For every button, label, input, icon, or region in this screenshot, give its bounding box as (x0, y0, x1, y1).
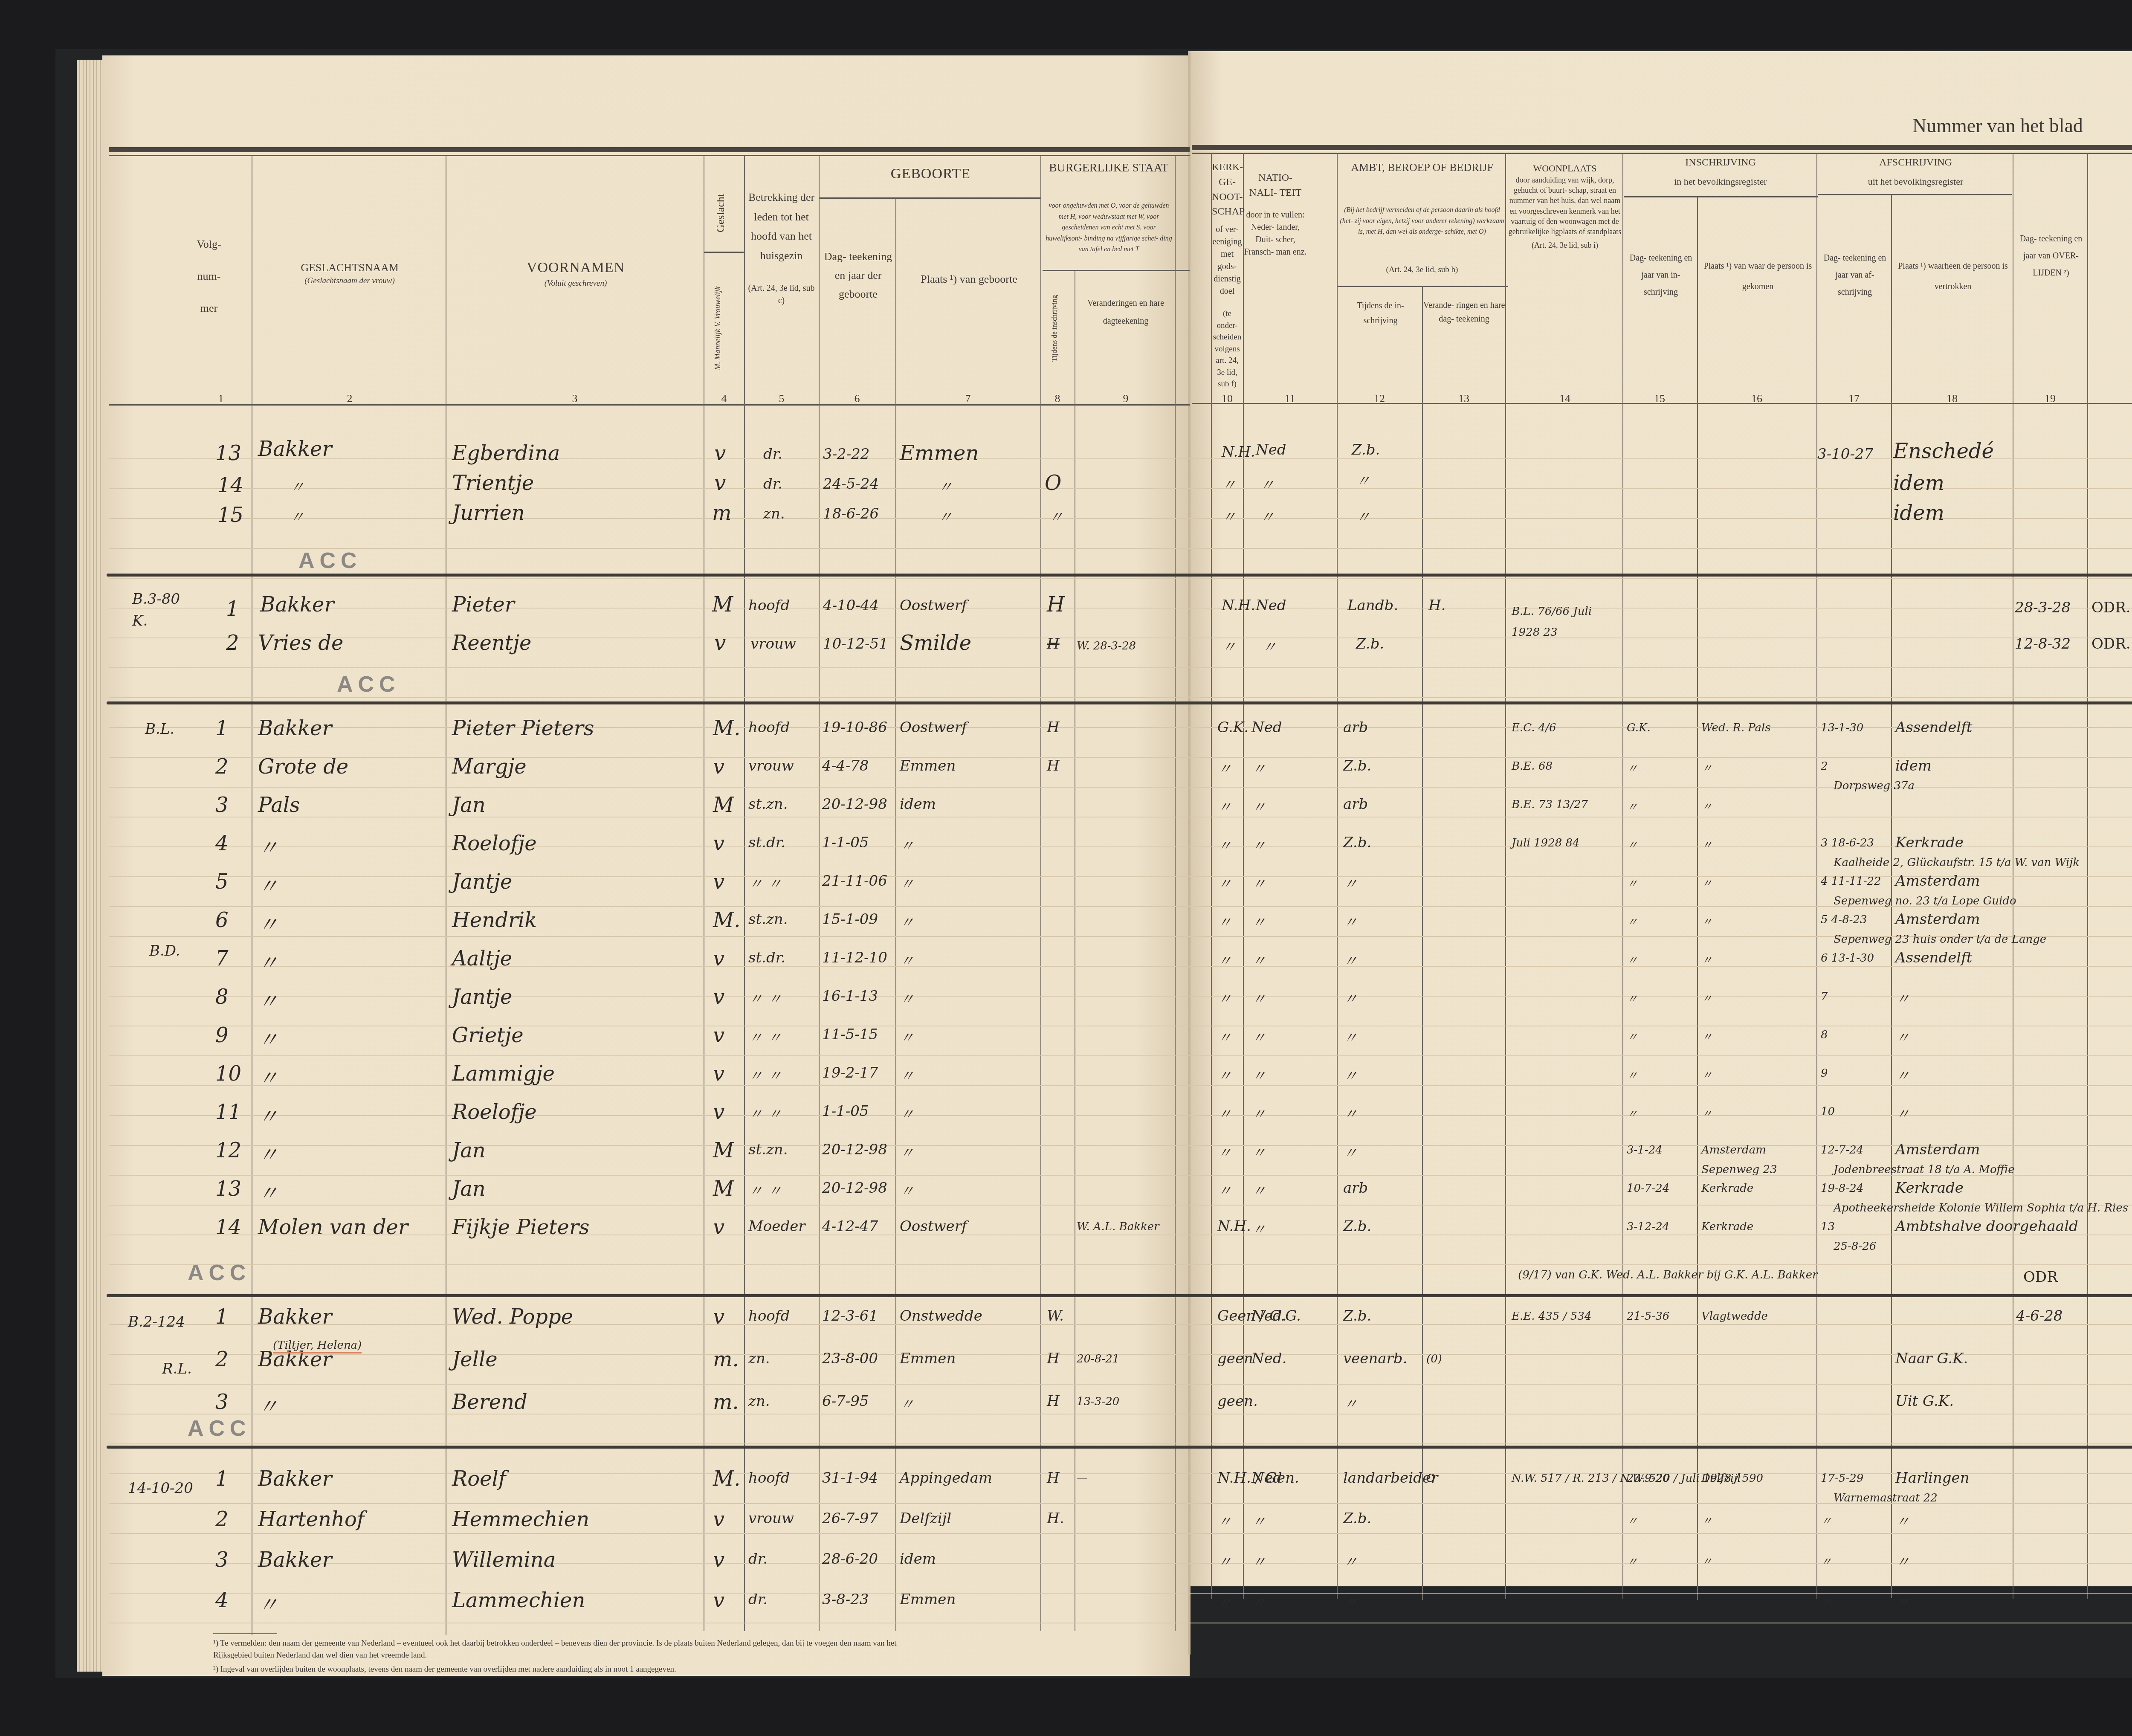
ruled-line (109, 1354, 2132, 1355)
departure-place: Ambtshalve doorgehaald (1895, 1218, 2078, 1235)
left-page (102, 55, 1190, 1676)
nationality: 〃 (1251, 1141, 1266, 1162)
birth-place: Emmen (900, 757, 956, 774)
header-woonplaats: WOONPLAATS door aanduiding van wijk, dor… (1507, 162, 1622, 251)
household-separator (107, 1446, 2132, 1449)
departure-place: Harlingen (1895, 1469, 1970, 1487)
arrival-date: 〃 (1627, 1067, 1638, 1083)
column-number: 4 (711, 392, 737, 405)
nationality: 〃 (1251, 872, 1266, 893)
birth-place: 〃 (900, 1026, 914, 1047)
birth-place: Oostwerf (900, 597, 967, 614)
arrival-date: 21-5-36 (1627, 1310, 1669, 1323)
ruled-line (109, 906, 2132, 907)
relation: zn. (748, 1393, 770, 1410)
margin-annotation: B.2-124 (128, 1313, 185, 1330)
occupation: 〃 (1343, 1141, 1358, 1162)
header-burg-veranderingen: Veranderingen en hare dagteekening (1077, 294, 1175, 330)
header-burg-staat-sub: voor ongehuwden met O, voor de gehuwden … (1044, 200, 1174, 255)
birth-place: 〃 (900, 834, 914, 855)
arrival-date: 〃 (1627, 837, 1638, 852)
departure-date: 19-8-24 (1821, 1182, 1863, 1195)
arrival-place: Kerkrade (1701, 1220, 1753, 1233)
occupation: 〃 (1356, 469, 1370, 490)
header-aanmerkingen: AAN- MERKINGEN (Art. 24, 5e lid) (2089, 239, 2132, 275)
column-number: 14 (1552, 392, 1578, 405)
occupation: 〃 (1343, 949, 1358, 970)
surname: Bakker (260, 593, 334, 617)
death-place: ODR. (2091, 635, 2131, 652)
arrival-date: 〃 (1627, 1105, 1638, 1121)
nationality: 〃 (1260, 505, 1275, 526)
church: 〃 (1217, 757, 1232, 778)
column-number: 6 (844, 392, 870, 405)
departure-date: 6 13-1-30 (1821, 952, 1874, 965)
household-separator (107, 1294, 2132, 1297)
row-number: 7 (215, 947, 229, 971)
birth-date: 4-10-44 (823, 597, 879, 614)
sex: v (713, 832, 724, 855)
relation: hoofd (748, 719, 790, 736)
ruled-line (109, 1205, 2132, 1206)
church: 〃 (1217, 1141, 1232, 1162)
col-line (744, 156, 745, 1631)
church: geen (1217, 1350, 1253, 1367)
ruled-line (109, 1324, 2132, 1325)
header-voornamen: VOORNAMEN (Voluit geschreven) (448, 258, 704, 289)
birth-place: Oostwerf (900, 719, 967, 736)
ruled-line (109, 817, 2132, 817)
relation: st.dr. (748, 949, 785, 966)
sex: M (713, 793, 734, 817)
address: B.E. 68 (1512, 760, 1553, 773)
departure-date: 〃 (1821, 1594, 1832, 1609)
birth-date: 16-1-13 (822, 988, 878, 1005)
death-date: 4-6-28 (2016, 1307, 2063, 1324)
given-names: Willemina (452, 1548, 556, 1572)
birth-date: 6-7-95 (822, 1393, 869, 1410)
arrival-address-note: Sepenweg 23 (1701, 1163, 1777, 1176)
header-nationaliteit: NATIO- NALI- TEIT door in te vullen: Ned… (1244, 171, 1337, 258)
row-number: 3 (215, 1548, 229, 1572)
occupation: 〃 (1356, 505, 1370, 526)
sex: v (713, 1548, 724, 1572)
surname: 〃 (258, 832, 278, 861)
arrival-date: 〃 (1627, 990, 1638, 1006)
church: 〃 (1217, 949, 1232, 970)
birth-date: 20-12-98 (822, 1180, 887, 1197)
departure-address-note: Warnemastraat 22 (1834, 1492, 1938, 1504)
occupation: Z.b. (1343, 1510, 1371, 1527)
birth-date: 20-12-98 (822, 1141, 887, 1158)
given-names: Jurrien (452, 501, 525, 525)
nationality: Ned (1251, 719, 1282, 736)
col-line (1040, 156, 1041, 1631)
header-afschrijving-plaats: Plaats ¹) waarheen de persoon is vertrok… (1893, 256, 2013, 297)
nationality: 〃 (1251, 1551, 1266, 1571)
ruled-line (109, 1085, 2132, 1086)
relation: dr. (748, 1591, 768, 1608)
arrival-place: 〃 (1701, 990, 1712, 1006)
sex: M (713, 1139, 734, 1162)
church: geen. (1217, 1393, 1258, 1410)
row-number: 9 (215, 1023, 229, 1047)
church: 〃 (1217, 1064, 1232, 1085)
surname: Hartenhof (258, 1507, 365, 1531)
departure-date: 12-7-24 (1821, 1144, 1863, 1156)
church: 〃 (1217, 1591, 1232, 1612)
church: N.H. (1222, 597, 1255, 614)
header-burg-tijdens: Tijdens de inschrijving (1050, 290, 1060, 367)
departure-place: Naar G.K. (1895, 1350, 1968, 1367)
occupation: 〃 (1343, 988, 1358, 1009)
afschrijving-subrule (1818, 194, 2012, 195)
departure-place: Enschedé (1893, 439, 1994, 463)
church: 〃 (1222, 505, 1236, 526)
arrival-place: 〃 (1701, 952, 1712, 968)
nationality: 〃 (1251, 1218, 1266, 1239)
civil-status: H (1047, 757, 1060, 774)
given-names: Jan (452, 793, 486, 817)
departure-place: idem (1895, 757, 1932, 774)
given-names: Pieter Pieters (452, 716, 594, 740)
row-number: 1 (215, 1305, 229, 1329)
civil-status: H (1047, 1469, 1060, 1487)
sex: M (712, 593, 733, 617)
margin-annotation: R.L. (162, 1360, 192, 1377)
departure-date: 17-5-29 (1821, 1472, 1863, 1485)
given-names: Fijkje Pieters (452, 1215, 590, 1239)
departure-place: Uit G.K. (1895, 1393, 1954, 1410)
surname: Bakker (258, 1305, 332, 1329)
departure-date: 3 18-6-23 (1821, 837, 1874, 849)
birth-date: 20-12-98 (822, 796, 887, 813)
nationality: 〃 (1251, 1591, 1266, 1612)
surname-note: (Tiltjer, Helena) (273, 1339, 362, 1353)
header-geslachtsnaam: GESLACHTSNAAM (Geslachtsnaam der vrouw) (254, 260, 446, 287)
col-line (1422, 287, 1423, 1600)
relation: dr. (763, 446, 782, 463)
occupation: 〃 (1343, 1551, 1358, 1571)
header-overlijden: Dag- teekening en jaar van OVER- LIJDEN … (2015, 230, 2087, 281)
relation: 〃 〃 (748, 988, 782, 1009)
nationality: Ned (1251, 1469, 1282, 1487)
birth-date: 4-4-78 (822, 757, 869, 774)
header-burgerlijke-staat: BURGERLIJKE STAAT (1043, 160, 1175, 176)
header-volgnummer: Volg-num-mer (188, 237, 230, 316)
arrival-date: 〃 (1627, 952, 1638, 968)
death-place: ODR (2023, 1269, 2058, 1286)
relation: st.dr. (748, 834, 785, 851)
margin-annotation: B.L. (145, 721, 174, 738)
departure-date: 4 11-11-22 (1821, 875, 1881, 888)
surname: 〃 (258, 908, 278, 938)
arrival-place: Delfzijl (1701, 1472, 1741, 1485)
sex: v (713, 1507, 724, 1531)
row-number: 4 (215, 832, 229, 855)
header-inschrijving-dag: Dag- teekening en jaar van in- schrijvin… (1625, 249, 1697, 301)
birth-date: 26-7-97 (822, 1510, 878, 1527)
given-names: Jan (452, 1177, 486, 1201)
ruled-line (109, 608, 2132, 609)
civil-status-change: 13-3-20 (1077, 1395, 1119, 1408)
ruled-line (109, 1264, 2132, 1265)
sex: v (713, 755, 724, 779)
ruled-line (109, 1175, 2132, 1176)
nationality: 〃 (1251, 949, 1266, 970)
row-number: 14 (215, 1215, 241, 1239)
ruled-line (109, 1443, 2132, 1444)
death-place: ODR. (2091, 599, 2131, 616)
column-number: 10 (1214, 392, 1240, 405)
given-names: Roelofje (452, 1100, 537, 1124)
birth-date: 3-2-22 (823, 446, 870, 463)
occupation: veenarb. (1343, 1350, 1407, 1367)
ruled-line (109, 1235, 2132, 1235)
church: N.H. (1217, 1218, 1251, 1235)
surname: 〃 (258, 985, 278, 1014)
header-top-rule-right-thin (1192, 153, 2132, 154)
relation: st.zn. (748, 1141, 788, 1158)
civil-status-change: 20-8-21 (1077, 1353, 1119, 1365)
row-number: 13 (215, 441, 241, 465)
surname: 〃 (258, 1390, 278, 1420)
departure-address-note: Jodenbreestraat 18 t/a A. Moffie (1834, 1163, 2015, 1176)
civil-status-change: — (1077, 1472, 1088, 1485)
relation: 〃 〃 (748, 1103, 782, 1124)
arrival-place: 〃 (1701, 760, 1712, 776)
occupation: 〃 (1343, 1103, 1358, 1124)
civil-status: H (1047, 635, 1060, 652)
arrival-place: 〃 (1701, 913, 1712, 929)
nationality: Ned (1256, 597, 1286, 614)
sex: v (713, 1062, 724, 1086)
departure-date: 10 (1821, 1105, 1835, 1118)
ruled-line (109, 757, 2132, 758)
given-names: Grietje (452, 1023, 524, 1047)
given-names: Hemmechien (452, 1507, 589, 1531)
birth-place: 〃 (900, 872, 914, 893)
departure-date: 13-1-30 (1821, 722, 1863, 734)
nationality: 〃 (1251, 1180, 1266, 1200)
birth-place: Delfzijl (900, 1510, 951, 1527)
given-names: Roelofje (452, 832, 537, 855)
occupation-change: (0) (1426, 1353, 1442, 1365)
acc-stamp: ACC (337, 672, 400, 697)
row-number: 2 (215, 755, 229, 779)
birth-date: 4-12-47 (822, 1218, 878, 1235)
address: E.E. 435 / 534 (1512, 1310, 1591, 1323)
occupation-change: H. (1428, 597, 1445, 614)
col-line (1075, 271, 1075, 1631)
departure-place: idem (1893, 471, 1944, 495)
ruled-line (109, 1055, 2132, 1056)
birth-place: idem (900, 796, 936, 813)
civil-status: O (1045, 471, 1061, 495)
given-names: Jantje (452, 985, 512, 1009)
church: 〃 (1217, 1026, 1232, 1047)
given-names: Roelf (452, 1467, 506, 1491)
address: B.E. 73 13/27 (1512, 798, 1588, 811)
church: 〃 (1217, 911, 1232, 932)
relation: 〃 〃 (748, 1026, 782, 1047)
row-number: 15 (217, 503, 243, 527)
departure-date: 9 (1821, 1067, 1828, 1080)
departure-place: Kerkrade (1895, 834, 1964, 851)
departure-date: 3-10-27 (1817, 446, 1873, 463)
nationality: 〃 (1251, 1103, 1266, 1124)
birth-place: 〃 (900, 1393, 914, 1414)
birth-date: 1-1-05 (822, 834, 869, 851)
birth-date: 28-6-20 (822, 1551, 878, 1568)
header-bottom-rule (109, 404, 1190, 406)
departure-place: Kerkrade (1895, 1180, 1964, 1197)
church: 〃 (1222, 473, 1236, 494)
departure-place: 〃 (1895, 1064, 1910, 1085)
header-ambt-veranderingen: Verande- ringen en hare dag- teekening (1423, 299, 1505, 326)
surname: 〃 (290, 505, 304, 526)
relation: zn. (763, 505, 785, 522)
birth-date: 11-5-15 (822, 1026, 878, 1043)
row-number: 14 (217, 473, 243, 497)
arrival-place: 〃 (1701, 1513, 1712, 1528)
church: N.H. (1222, 443, 1255, 461)
occupation: 〃 (1343, 911, 1358, 932)
nationality: Ned. (1251, 1307, 1286, 1324)
departure-place: Amsterdam (1895, 872, 1980, 890)
row-number: 2 (226, 631, 239, 655)
geboorte-subrule (820, 197, 1040, 199)
civil-status-change: W. A.L. Bakker (1077, 1220, 1159, 1233)
ruled-line (109, 1384, 2132, 1385)
surname: Bakker (258, 1548, 332, 1572)
occupation: 〃 (1343, 1393, 1358, 1414)
departure-date: 5 4-8-23 (1821, 913, 1867, 926)
header-top-rule (109, 147, 1190, 152)
row-number: 1 (226, 597, 239, 621)
row-number: 10 (215, 1062, 241, 1086)
surname: 〃 (258, 1588, 278, 1618)
departure-date: 7 (1821, 990, 1828, 1003)
nationality: Ned (1256, 441, 1286, 458)
church: 〃 (1222, 635, 1236, 656)
occupation: arb (1343, 796, 1368, 813)
birth-place: Onstwedde (900, 1307, 982, 1324)
given-names: Egberdina (452, 441, 560, 465)
arrival-date: 〃 (1627, 760, 1638, 776)
sex: m. (713, 1348, 739, 1371)
relation: vrouw (750, 635, 796, 652)
departure-address-note: Sepenweg no. 23 t/a Lope Guido (1834, 895, 2016, 907)
ambt-subrule (1338, 286, 1508, 287)
departure-place: 〃 (1895, 1103, 1910, 1124)
given-names: Aaltje (452, 947, 512, 971)
birth-place: Smilde (900, 631, 971, 655)
household-separator (107, 701, 2132, 704)
departure-date: 2 (1821, 760, 1828, 773)
sex: v (713, 870, 724, 894)
nationality: 〃 (1251, 757, 1266, 778)
ruled-line (109, 996, 2132, 997)
birth-place: 〃 (900, 988, 914, 1009)
birth-date: 11-12-10 (822, 949, 887, 966)
departure-place: 〃 (1895, 1551, 1910, 1571)
civil-status: W. (1047, 1307, 1064, 1324)
relation: zn. (748, 1350, 770, 1367)
header-ambt-tijdens: Tijdens de in- schrijving (1339, 299, 1422, 328)
birth-date: 19-2-17 (822, 1064, 878, 1081)
occupation: Landb. (1347, 597, 1398, 614)
occupation: 〃 (1343, 1591, 1358, 1612)
relation: hoofd (748, 1307, 790, 1324)
arrival-date: 〃 (1627, 1553, 1638, 1569)
occupation: landarbeider (1343, 1469, 1438, 1487)
birth-place: Emmen (900, 441, 979, 465)
arrival-place: 〃 (1701, 1553, 1712, 1569)
row-number: 6 (215, 908, 229, 932)
birth-date: 10-12-51 (823, 635, 888, 652)
nationality: 〃 (1251, 1064, 1266, 1085)
surname: Grote de (258, 755, 348, 779)
column-number: 8 (1045, 392, 1070, 405)
header-geboorte-dag: Dag- teekening en jaar der geboorte (821, 247, 895, 304)
sex: v (713, 1215, 724, 1239)
occupation: 〃 (1343, 872, 1358, 893)
ruled-line (109, 488, 2132, 489)
church: 〃 (1217, 1180, 1232, 1200)
surname: 〃 (290, 475, 304, 496)
surname: Pals (258, 793, 300, 817)
occupation: 〃 (1343, 1026, 1358, 1047)
relation: 〃 〃 (748, 872, 782, 893)
occupation: Z.b. (1356, 635, 1384, 652)
civil-status: H (1047, 593, 1065, 617)
column-number: 16 (1744, 392, 1770, 405)
arrival-place: Wed. R. Pals (1701, 722, 1771, 734)
civil-status: H (1047, 719, 1060, 736)
arrival-place: 〃 (1701, 798, 1712, 814)
given-names: Wed. Poppe (452, 1305, 573, 1329)
occupation: Z.b. (1352, 441, 1380, 458)
nationality: 〃 (1260, 473, 1275, 494)
departure-address-note: Kaalheide 2, Glückaufstr. 15 t/a W. van … (1834, 856, 2080, 869)
relation: vrouw (748, 1510, 794, 1527)
nationality: 〃 (1251, 988, 1266, 1009)
occupation: 〃 (1343, 1064, 1358, 1085)
departure-place: 〃 (1895, 1591, 1910, 1612)
column-number: 12 (1367, 392, 1392, 405)
civil-status: H (1047, 1393, 1060, 1410)
arrival-place: 〃 (1701, 837, 1712, 852)
sex: v (714, 631, 726, 655)
civil-status: H (1047, 1350, 1060, 1367)
nationality: 〃 (1251, 834, 1266, 855)
relation: vrouw (748, 757, 794, 774)
arrival-place: Amsterdam (1701, 1144, 1766, 1156)
occupation: Z.b. (1343, 1307, 1371, 1324)
relation: 〃 〃 (748, 1180, 782, 1200)
given-names: Berend (452, 1390, 527, 1414)
birth-place: 〃 (938, 475, 953, 496)
row-number: 12 (215, 1139, 241, 1162)
church: 〃 (1217, 1551, 1232, 1571)
birth-date: 18-6-26 (823, 505, 879, 522)
header-afschrijving-dag: Dag- teekening en jaar van af- schrijvin… (1819, 249, 1891, 301)
acc-stamp: ACC (188, 1260, 251, 1286)
arrival-place: 〃 (1701, 1105, 1712, 1121)
church: 〃 (1217, 988, 1232, 1009)
column-number: 17 (1841, 392, 1867, 405)
